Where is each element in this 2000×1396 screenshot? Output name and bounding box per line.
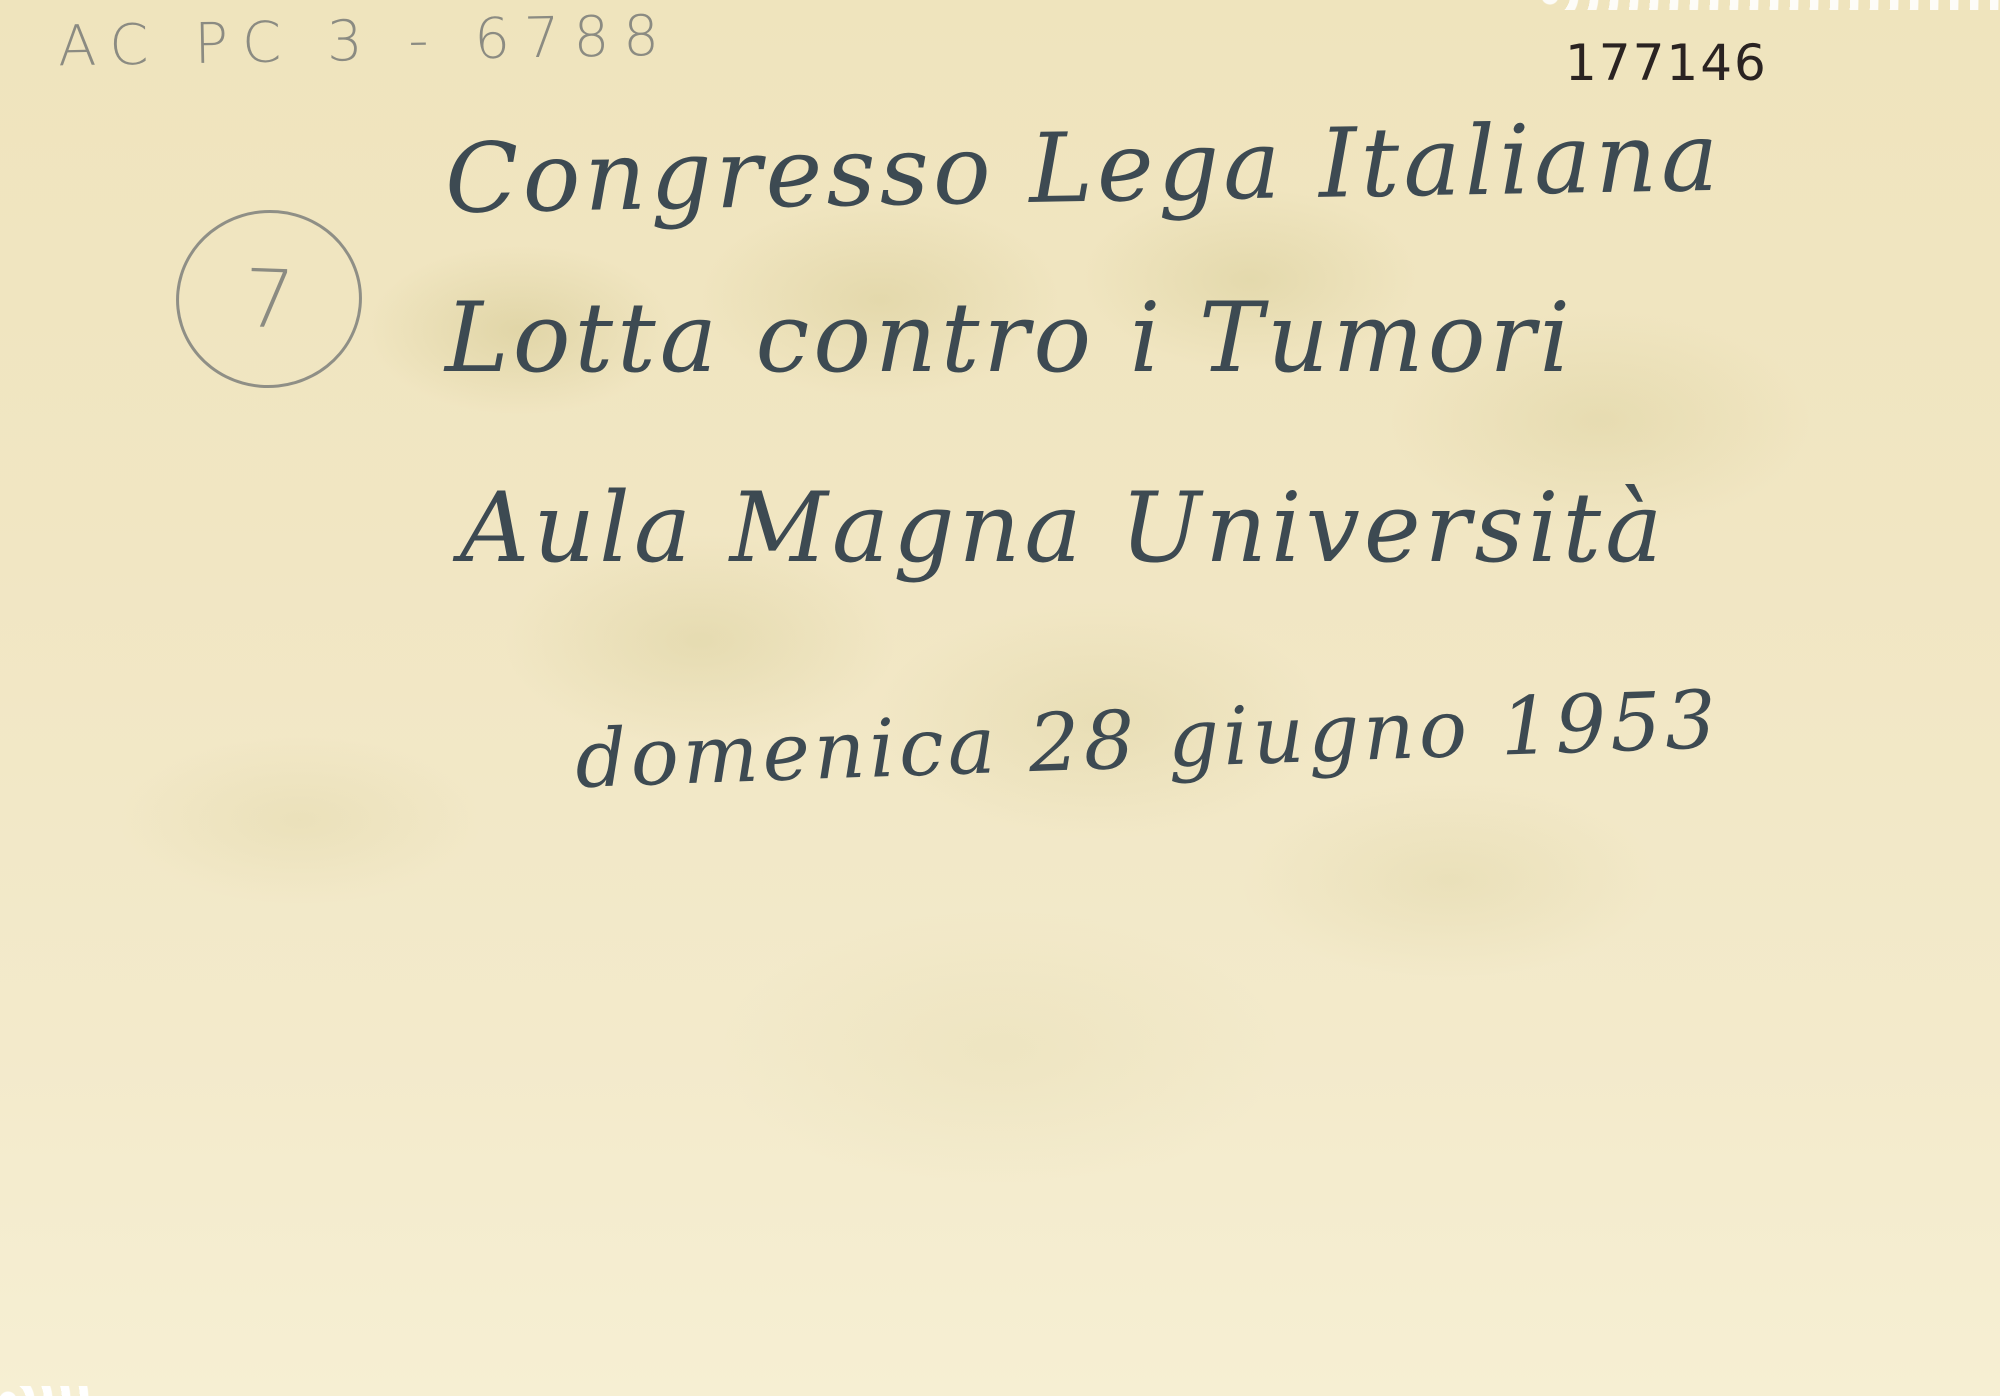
deckled-top-edge	[1540, 0, 2000, 10]
caption-line-organization: Lotta contro i Tumori	[445, 290, 1574, 386]
photo-verso-sheet: AC PC 3 - 6788 177146 7 Congresso Lega I…	[0, 0, 2000, 1396]
caption-line-venue: Aula Magna Università	[460, 480, 1666, 576]
caption-line-date: domenica 28 giugno 1953	[574, 680, 1721, 800]
catalog-code: AC PC 3 - 6788	[58, 9, 674, 76]
circled-sequence-number: 7	[167, 201, 371, 397]
sequence-number: 7	[242, 252, 296, 347]
deckled-bottom-edge	[0, 1386, 90, 1396]
inventory-number: 177146	[1565, 38, 1768, 88]
caption-line-congress: Congresso Lega Italiana	[444, 109, 1723, 227]
